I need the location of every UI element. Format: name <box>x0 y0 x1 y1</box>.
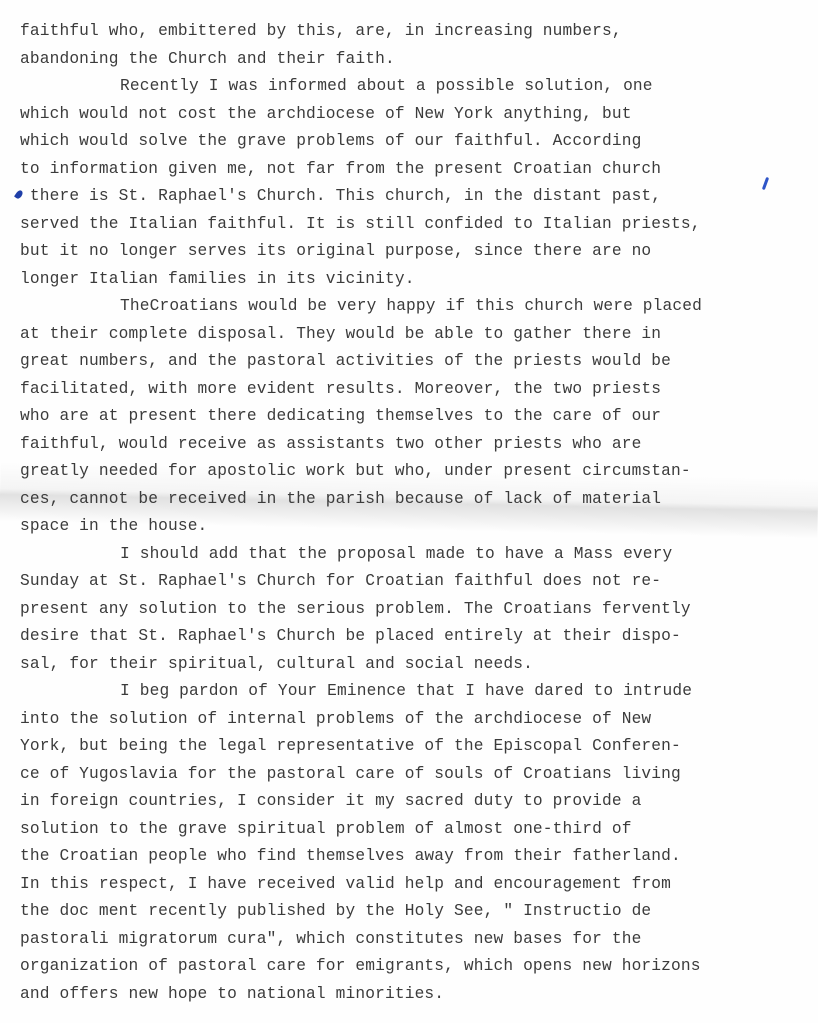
text-line: ces, cannot be received in the parish be… <box>20 486 810 514</box>
text-line: space in the house. <box>20 513 810 541</box>
text-line: I should add that the proposal made to h… <box>20 541 810 569</box>
text-line: who are at present there dedicating them… <box>20 403 810 431</box>
text-line: longer Italian families in its vicinity. <box>20 266 810 294</box>
text-line: the Croatian people who find themselves … <box>20 843 810 871</box>
text-line: the doc ment recently published by the H… <box>20 898 810 926</box>
text-line: faithful, would receive as assistants tw… <box>20 431 810 459</box>
text-line: which would not cost the archdiocese of … <box>20 101 810 129</box>
text-line: present any solution to the serious prob… <box>20 596 810 624</box>
text-line: facilitated, with more evident results. … <box>20 376 810 404</box>
text-line: desire that St. Raphael's Church be plac… <box>20 623 810 651</box>
text-line: there is St. Raphael's Church. This chur… <box>20 183 810 211</box>
text-line: but it no longer serves its original pur… <box>20 238 810 266</box>
text-line: Sunday at St. Raphael's Church for Croat… <box>20 568 810 596</box>
text-line: sal, for their spiritual, cultural and s… <box>20 651 810 679</box>
text-line: Recently I was informed about a possible… <box>20 73 810 101</box>
text-line: and offers new hope to national minoriti… <box>20 981 810 1009</box>
text-line: I beg pardon of Your Eminence that I hav… <box>20 678 810 706</box>
text-line: TheCroatians would be very happy if this… <box>20 293 810 321</box>
text-line: which would solve the grave problems of … <box>20 128 810 156</box>
text-line: at their complete disposal. They would b… <box>20 321 810 349</box>
text-line: served the Italian faithful. It is still… <box>20 211 810 239</box>
typewritten-letter-page: faithful who, embittered by this, are, i… <box>0 0 818 1023</box>
text-line: faithful who, embittered by this, are, i… <box>20 18 810 46</box>
text-line: solution to the grave spiritual problem … <box>20 816 810 844</box>
text-line: ce of Yugoslavia for the pastoral care o… <box>20 761 810 789</box>
text-line: York, but being the legal representative… <box>20 733 810 761</box>
text-line: in foreign countries, I consider it my s… <box>20 788 810 816</box>
text-line: abandoning the Church and their faith. <box>20 46 810 74</box>
text-line: great numbers, and the pastoral activiti… <box>20 348 810 376</box>
text-line: to information given me, not far from th… <box>20 156 810 184</box>
text-line: organization of pastoral care for emigra… <box>20 953 810 981</box>
text-line: pastorali migratorum cura", which consti… <box>20 926 810 954</box>
text-line: greatly needed for apostolic work but wh… <box>20 458 810 486</box>
text-line: into the solution of internal problems o… <box>20 706 810 734</box>
letter-body: faithful who, embittered by this, are, i… <box>20 18 810 1008</box>
text-line: In this respect, I have received valid h… <box>20 871 810 899</box>
